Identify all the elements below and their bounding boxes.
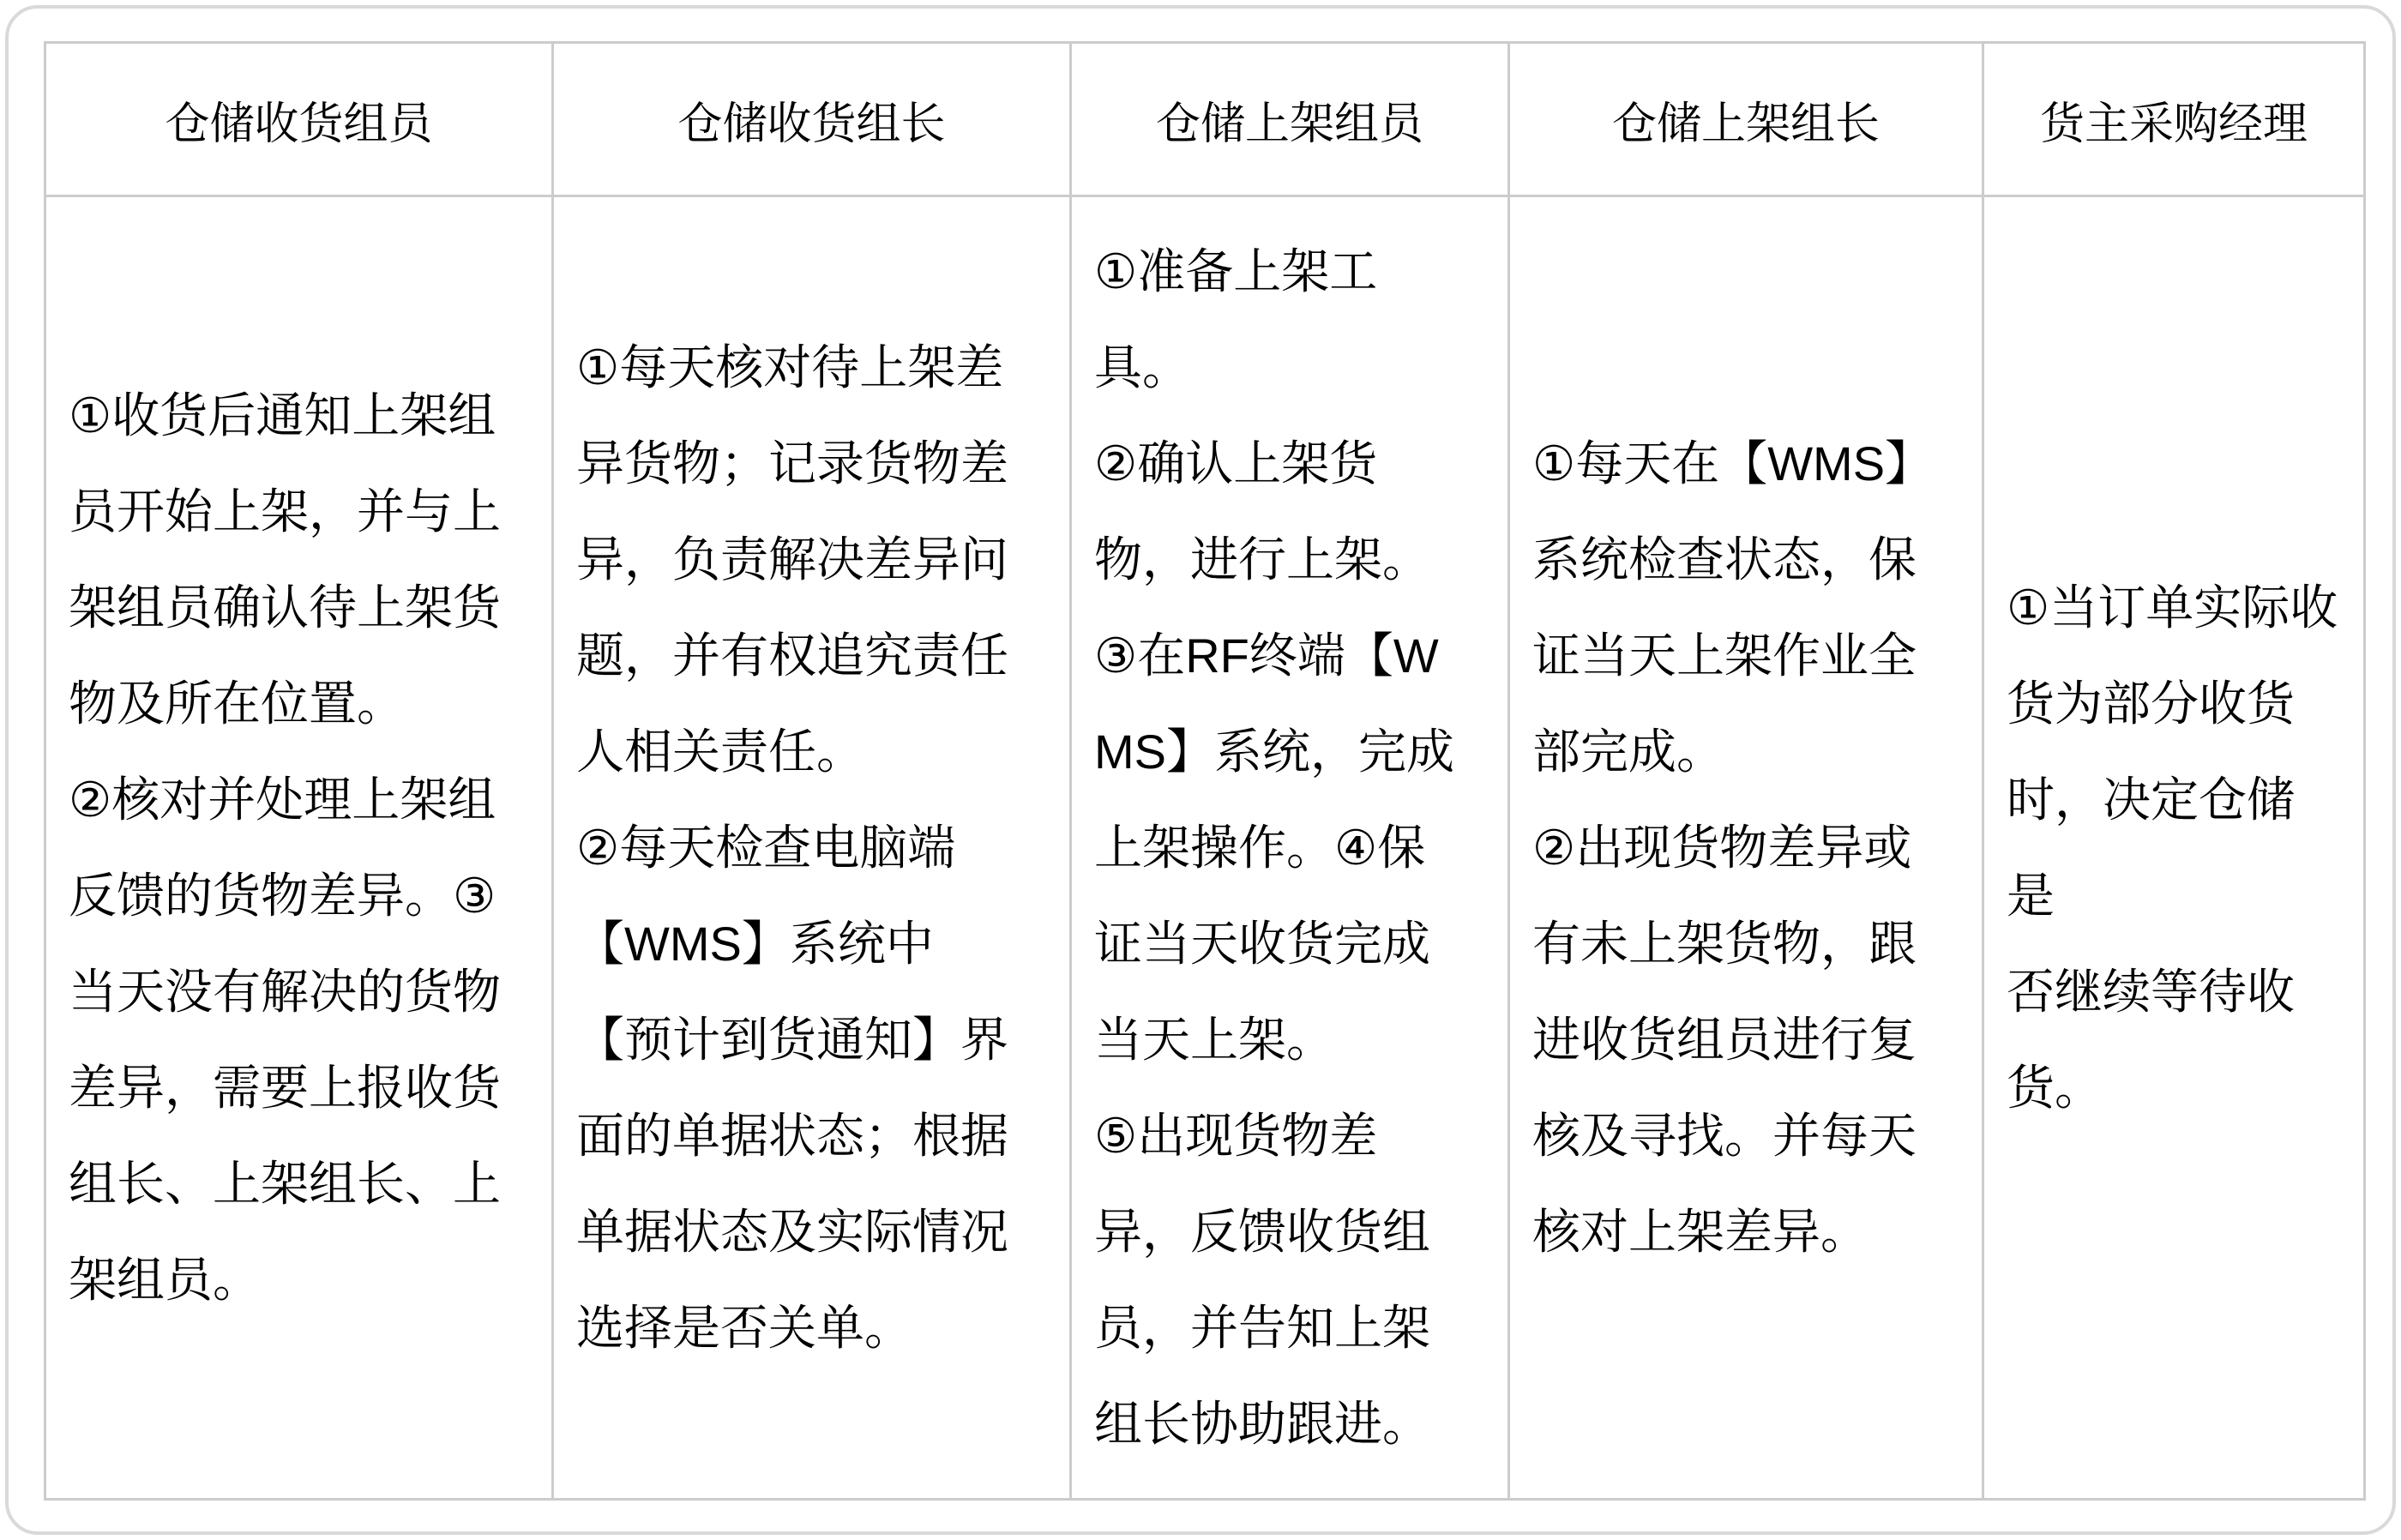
column-header-shelving-leader: 仓储上架组长 — [1509, 43, 1983, 196]
column-header-shelving-member: 仓储上架组员 — [1071, 43, 1509, 196]
column-header-purchasing-manager: 货主采购经理 — [1983, 43, 2365, 196]
column-header-receiving-member: 仓储收货组员 — [45, 43, 553, 196]
column-header-receiving-leader: 仓储收货组长 — [553, 43, 1071, 196]
tasks-cell-shelving-leader: ①每天在【WMS】 系统检查状态，保 证当天上架作业全 部完成。 ②出现货物差异… — [1509, 196, 1983, 1500]
tasks-cell-shelving-member: ①准备上架工 具。 ②确认上架货 物，进行上架。 ③在RF终端【W MS】系统，… — [1071, 196, 1509, 1500]
tasks-cell-receiving-member: ①收货后通知上架组 员开始上架，并与上 架组员确认待上架货 物及所在位置。 ②核… — [45, 196, 553, 1500]
header-row: 仓储收货组员 仓储收货组长 仓储上架组员 仓储上架组长 货主采购经理 — [45, 43, 2365, 196]
tasks-cell-receiving-leader: ①每天核对待上架差 异货物；记录货物差 异，负责解决差异问 题，并有权追究责任 … — [553, 196, 1071, 1500]
page-canvas: 仓储收货组员 仓储收货组长 仓储上架组员 仓储上架组长 货主采购经理 ①收货后通… — [0, 0, 2401, 1540]
tasks-cell-purchasing-manager: ①当订单实际收 货为部分收货 时，决定仓储是 否继续等待收 货。 — [1983, 196, 2365, 1500]
body-row: ①收货后通知上架组 员开始上架，并与上 架组员确认待上架货 物及所在位置。 ②核… — [45, 196, 2365, 1500]
roles-responsibility-table: 仓储收货组员 仓储收货组长 仓储上架组员 仓储上架组长 货主采购经理 ①收货后通… — [44, 41, 2366, 1501]
